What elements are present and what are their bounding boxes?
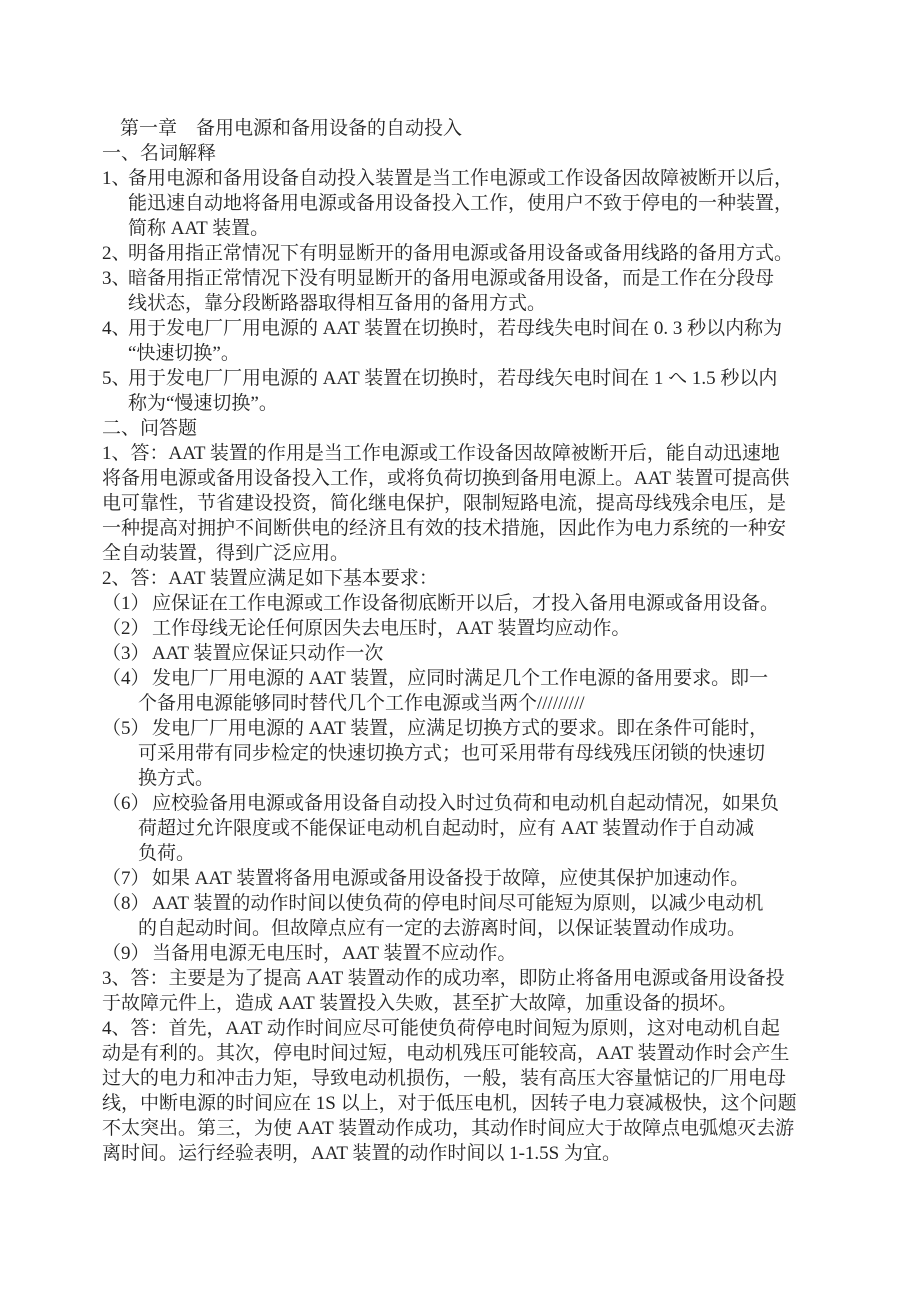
line-text: 暗备用指正常情况下没有明显断开的备用电源或备用设备，而是工作在分段母 bbox=[128, 268, 774, 289]
text-line: 负荷。 bbox=[102, 841, 820, 866]
line-text: 电可靠性，节省建设投资，简化继电保护，限制短路电流，提高母线残余电压，是 bbox=[102, 493, 786, 514]
text-line: 3、答：主要是为了提高 AAT 装置动作的成功率，即防止将备用电源或备用设备投 bbox=[102, 966, 820, 991]
text-line: 2、明备用指正常情况下有明显断开的备用电源或备用设备或备用线路的备用方式。 bbox=[102, 241, 820, 266]
text-line: 5、用于发电厂厂用电源的 AAT 装置在切换时，若母线矢电时间在 1 へ 1.5… bbox=[102, 366, 820, 391]
line-text: 将备用电源或备用设备投入工作，或将负荷切换到备用电源上。AAT 装置可提高供 bbox=[102, 468, 789, 489]
line-text: 负荷。 bbox=[138, 843, 195, 864]
text-line: 的自起动时间。但故障点应有一定的去游离时间，以保证装置动作成功。 bbox=[102, 916, 820, 941]
text-line: 于故障元件上，造成 AAT 装置投入失败，甚至扩大故障，加重设备的损坏。 bbox=[102, 991, 820, 1016]
text-line: 1、答：AAT 装置的作用是当工作电源或工作设备因故障被断开后，能自动迅速地 bbox=[102, 441, 820, 466]
text-line: 线，中断电源的时间应在 1S 以上，对于低压电机，因转子电力衰减极快，这个问题 bbox=[102, 1091, 820, 1116]
list-item-label: （2） bbox=[102, 616, 152, 641]
line-text: 可采用带有同步检定的快速切换方式；也可采用带有母线残压闭锁的快速切 bbox=[138, 743, 765, 764]
line-text: “快速切换”。 bbox=[128, 343, 240, 364]
text-line: 1、备用电源和备用设备自动投入装置是当工作电源或工作设备因故障被断开以后， bbox=[102, 166, 820, 191]
line-text: 简称 AAT 装置。 bbox=[128, 218, 269, 239]
list-item-label: 5、 bbox=[102, 366, 128, 391]
line-text: 用于发电厂厂用电源的 AAT 装置在切换时，若母线失电时间在 0. 3 秒以内称… bbox=[128, 318, 782, 339]
list-item-label: （6） bbox=[102, 791, 152, 816]
list-item-label: 1、 bbox=[102, 166, 128, 191]
line-text: 全自动装置，得到广泛应用。 bbox=[102, 543, 349, 564]
text-line: 换方式。 bbox=[102, 766, 820, 791]
line-text: 一、名词解释 bbox=[102, 143, 216, 164]
list-item-label: （8） bbox=[102, 891, 152, 916]
list-item-label: （9） bbox=[102, 941, 152, 966]
line-text: AAT 装置应保证只动作一次 bbox=[152, 643, 383, 664]
text-line: 过大的电力和冲击力矩，导致电动机损伤，一般，装有高压大容量惦记的厂用电母 bbox=[102, 1066, 820, 1091]
line-text: 4、答：首先，AAT 动作时间应尽可能使负荷停电时间短为原则，这对电动机自起 bbox=[102, 1018, 780, 1039]
line-text: 线，中断电源的时间应在 1S 以上，对于低压电机，因转子电力衰减极快，这个问题 bbox=[102, 1093, 797, 1114]
text-line: 能迅速自动地将备用电源或备用设备投入工作，使用户不致于停电的一种装置， bbox=[102, 191, 820, 216]
list-item-label: （7） bbox=[102, 866, 152, 891]
text-line: “快速切换”。 bbox=[102, 341, 820, 366]
line-text: 第一章 备用电源和备用设备的自动投入 bbox=[120, 118, 462, 139]
line-text: 离时间。运行经验表明，AAT 装置的动作时间以 1-1.5S 为宜。 bbox=[102, 1143, 621, 1164]
line-text: AAT 装置的动作时间以使负荷的停电时间尽可能短为原则，以减少电动机 bbox=[152, 893, 763, 914]
line-text: 明备用指正常情况下有明显断开的备用电源或备用设备或备用线路的备用方式。 bbox=[128, 243, 793, 264]
line-text: 1、答：AAT 装置的作用是当工作电源或工作设备因故障被断开后，能自动迅速地 bbox=[102, 443, 780, 464]
line-text: 动是有利的。其次，停电时间过短，电动机残压可能较高，AAT 装置动作时会产生 bbox=[102, 1043, 789, 1064]
text-line: （2）工作母线无论任何原因失去电压时，AAT 装置均应动作。 bbox=[102, 616, 820, 641]
line-text: 的自起动时间。但故障点应有一定的去游离时间，以保证装置动作成功。 bbox=[138, 918, 746, 939]
text-line: 简称 AAT 装置。 bbox=[102, 216, 820, 241]
line-text: 于故障元件上，造成 AAT 装置投入失败，甚至扩大故障，加重设备的损坏。 bbox=[102, 993, 737, 1014]
line-text: 当备用电源无电压时，AAT 装置不应动作。 bbox=[152, 943, 516, 964]
line-text: 3、答：主要是为了提高 AAT 装置动作的成功率，即防止将备用电源或备用设备投 bbox=[102, 968, 785, 989]
line-text: 应校验备用电源或备用设备自动投入时过负荷和电动机自起动情况，如果负 bbox=[152, 793, 779, 814]
text-line: （8）AAT 装置的动作时间以使负荷的停电时间尽可能短为原则，以减少电动机 bbox=[102, 891, 820, 916]
text-line: 电可靠性，节省建设投资，简化继电保护，限制短路电流，提高母线残余电压，是 bbox=[102, 491, 820, 516]
list-item-label: （4） bbox=[102, 666, 152, 691]
text-line: 将备用电源或备用设备投入工作，或将负荷切换到备用电源上。AAT 装置可提高供 bbox=[102, 466, 820, 491]
line-text: 线状态，靠分段断路器取得相互备用的备用方式。 bbox=[128, 293, 546, 314]
text-line: （5）发电厂厂用电源的 AAT 装置，应满足切换方式的要求。即在条件可能时， bbox=[102, 716, 820, 741]
line-text: 个备用电源能够同时替代几个工作电源或当两个///////// bbox=[138, 693, 585, 714]
text-line: 第一章 备用电源和备用设备的自动投入 bbox=[102, 116, 820, 141]
list-item-label: （1） bbox=[102, 591, 152, 616]
list-item-label: 4、 bbox=[102, 316, 128, 341]
text-line: 个备用电源能够同时替代几个工作电源或当两个///////// bbox=[102, 691, 820, 716]
text-line: 一、名词解释 bbox=[102, 141, 820, 166]
text-line: （4）发电厂厂用电源的 AAT 装置，应同时满足几个工作电源的备用要求。即一 bbox=[102, 666, 820, 691]
line-text: 过大的电力和冲击力矩，导致电动机损伤，一般，装有高压大容量惦记的厂用电母 bbox=[102, 1068, 786, 1089]
text-line: 动是有利的。其次，停电时间过短，电动机残压可能较高，AAT 装置动作时会产生 bbox=[102, 1041, 820, 1066]
line-text: 如果 AAT 装置将备用电源或备用设备投于故障，应使其保护加速动作。 bbox=[152, 868, 749, 889]
list-item-label: 2、 bbox=[102, 241, 128, 266]
line-text: 荷超过允许限度或不能保证电动机自起动时，应有 AAT 装置动作于自动减 bbox=[138, 818, 754, 839]
text-line: 2、答：AAT 装置应满足如下基本要求： bbox=[102, 566, 820, 591]
text-line: 线状态，靠分段断路器取得相互备用的备用方式。 bbox=[102, 291, 820, 316]
document-text-block: 第一章 备用电源和备用设备的自动投入一、名词解释1、备用电源和备用设备自动投入装… bbox=[102, 116, 820, 1166]
line-text: 换方式。 bbox=[138, 768, 214, 789]
line-text: 称为“慢速切换”。 bbox=[128, 393, 278, 414]
list-item-label: （3） bbox=[102, 641, 152, 666]
line-text: 二、问答题 bbox=[102, 418, 197, 439]
text-line: 二、问答题 bbox=[102, 416, 820, 441]
document-page: 第一章 备用电源和备用设备的自动投入一、名词解释1、备用电源和备用设备自动投入装… bbox=[0, 0, 920, 1300]
line-text: 2、答：AAT 装置应满足如下基本要求： bbox=[102, 568, 438, 589]
line-text: 用于发电厂厂用电源的 AAT 装置在切换时，若母线矢电时间在 1 へ 1.5 秒… bbox=[128, 368, 777, 389]
line-text: 应保证在工作电源或工作设备彻底断开以后，才投入备用电源或备用设备。 bbox=[152, 593, 779, 614]
list-item-label: （5） bbox=[102, 716, 152, 741]
list-item-label: 3、 bbox=[102, 266, 128, 291]
text-line: （9）当备用电源无电压时，AAT 装置不应动作。 bbox=[102, 941, 820, 966]
line-text: 发电厂厂用电源的 AAT 装置，应同时满足几个工作电源的备用要求。即一 bbox=[152, 668, 768, 689]
line-text: 能迅速自动地将备用电源或备用设备投入工作，使用户不致于停电的一种装置， bbox=[128, 193, 793, 214]
line-text: 不太突出。第三，为使 AAT 装置动作成功，其动作时间应大于故障点电弧熄灭去游 bbox=[102, 1118, 794, 1139]
text-line: 称为“慢速切换”。 bbox=[102, 391, 820, 416]
text-line: （6）应校验备用电源或备用设备自动投入时过负荷和电动机自起动情况，如果负 bbox=[102, 791, 820, 816]
text-line: 3、暗备用指正常情况下没有明显断开的备用电源或备用设备，而是工作在分段母 bbox=[102, 266, 820, 291]
line-text: 备用电源和备用设备自动投入装置是当工作电源或工作设备因故障被断开以后， bbox=[128, 168, 793, 189]
text-line: 离时间。运行经验表明，AAT 装置的动作时间以 1-1.5S 为宜。 bbox=[102, 1141, 820, 1166]
text-line: 一种提高对拥护不间断供电的经济且有效的技术措施，因此作为电力系统的一种安 bbox=[102, 516, 820, 541]
text-line: 4、答：首先，AAT 动作时间应尽可能使负荷停电时间短为原则，这对电动机自起 bbox=[102, 1016, 820, 1041]
text-line: 4、用于发电厂厂用电源的 AAT 装置在切换时，若母线失电时间在 0. 3 秒以… bbox=[102, 316, 820, 341]
text-line: （7）如果 AAT 装置将备用电源或备用设备投于故障，应使其保护加速动作。 bbox=[102, 866, 820, 891]
text-line: 荷超过允许限度或不能保证电动机自起动时，应有 AAT 装置动作于自动减 bbox=[102, 816, 820, 841]
text-line: 全自动装置，得到广泛应用。 bbox=[102, 541, 820, 566]
text-line: 不太突出。第三，为使 AAT 装置动作成功，其动作时间应大于故障点电弧熄灭去游 bbox=[102, 1116, 820, 1141]
line-text: 一种提高对拥护不间断供电的经济且有效的技术措施，因此作为电力系统的一种安 bbox=[102, 518, 786, 539]
text-line: （1）应保证在工作电源或工作设备彻底断开以后，才投入备用电源或备用设备。 bbox=[102, 591, 820, 616]
line-text: 工作母线无论任何原因失去电压时，AAT 装置均应动作。 bbox=[152, 618, 630, 639]
text-line: 可采用带有同步检定的快速切换方式；也可采用带有母线残压闭锁的快速切 bbox=[102, 741, 820, 766]
text-line: （3）AAT 装置应保证只动作一次 bbox=[102, 641, 820, 666]
line-text: 发电厂厂用电源的 AAT 装置，应满足切换方式的要求。即在条件可能时， bbox=[152, 718, 768, 739]
